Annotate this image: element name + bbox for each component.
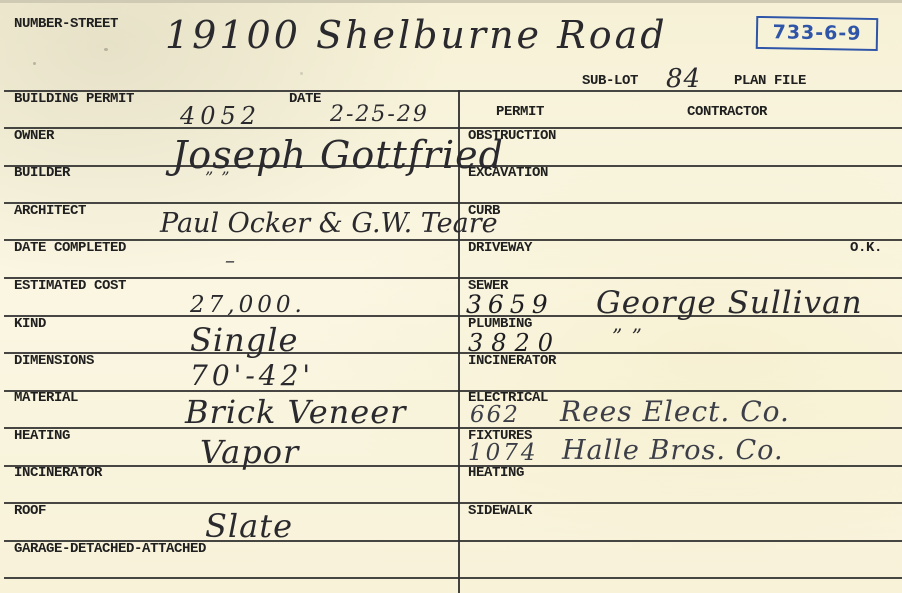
rule (4, 202, 902, 204)
building-permit-value: 4052 (180, 104, 261, 128)
permit-column-header: PERMIT (496, 105, 544, 119)
rule (4, 352, 902, 354)
date-completed-label: DATE COMPLETED (14, 241, 126, 255)
heating-value: Vapor (200, 436, 299, 468)
rule (4, 277, 902, 279)
material-label: MATERIAL (14, 391, 78, 405)
file-stamp: 733-6-9 (756, 16, 879, 51)
sidewalk-label: SIDEWALK (468, 504, 532, 518)
driveway-status: O.K. (850, 241, 882, 255)
sewer-contractor: George Sullivan (596, 288, 863, 319)
plumbing-contractor: ” ” (612, 326, 643, 346)
card-top-edge (0, 0, 902, 3)
architect-value: Paul Ocker & G.W. Teare (160, 210, 498, 237)
fixtures-permit-number: 1074 (468, 442, 539, 465)
material-value: Brick Veneer (185, 396, 406, 428)
driveway-label: DRIVEWAY (468, 241, 532, 255)
obstruction-label: OBSTRUCTION (468, 129, 556, 143)
excavation-label: EXCAVATION (468, 166, 548, 180)
estimated-cost-value: 27,000. (190, 294, 306, 317)
garage-label: GARAGE-DETACHED-ATTACHED (14, 542, 206, 556)
permit-card: NUMBER-STREET 19100 Shelburne Road 733-6… (0, 0, 902, 593)
sewer-permit-number: 3659 (466, 292, 554, 317)
fixtures-contractor: Halle Bros. Co. (562, 437, 784, 464)
rule (4, 502, 902, 504)
owner-label: OWNER (14, 129, 54, 143)
electrical-permit-number: 662 (470, 404, 520, 427)
rule (4, 239, 902, 241)
sub-lot-label: SUB-LOT (582, 74, 638, 88)
rule (4, 90, 902, 92)
kind-label: KIND (14, 317, 46, 331)
heating-label: HEATING (14, 429, 70, 443)
rule (4, 577, 902, 579)
curb-label: CURB (468, 204, 500, 218)
building-permit-label: BUILDING PERMIT (14, 92, 134, 106)
sub-lot-value: 84 (666, 66, 701, 92)
incinerator-label: INCINERATOR (14, 466, 102, 480)
dimensions-value: 70'-42' (190, 362, 314, 390)
rule (4, 390, 902, 392)
address-value: 19100 Shelburne Road (165, 16, 668, 54)
kind-value: Single (190, 324, 298, 356)
architect-label: ARCHITECT (14, 204, 86, 218)
date-completed-value: – (225, 250, 237, 270)
ink-speck (33, 62, 36, 65)
ink-speck (104, 48, 108, 51)
roof-value: Slate (205, 510, 293, 542)
dimensions-label: DIMENSIONS (14, 354, 94, 368)
number-street-label: NUMBER-STREET (14, 17, 118, 31)
electrical-contractor: Rees Elect. Co. (560, 398, 790, 426)
builder-value: ” ” (205, 170, 231, 186)
date-value: 2-25-29 (330, 104, 429, 126)
date-label: DATE (289, 92, 321, 106)
roof-label: ROOF (14, 504, 46, 518)
rule (4, 127, 902, 129)
contractor-column-header: CONTRACTOR (687, 105, 767, 119)
ink-speck (300, 72, 303, 75)
heating-permit-label: HEATING (468, 466, 524, 480)
builder-label: BUILDER (14, 166, 70, 180)
plumbing-permit-number: 3820 (468, 331, 561, 355)
estimated-cost-label: ESTIMATED COST (14, 279, 126, 293)
plan-file-label: PLAN FILE (734, 74, 806, 88)
